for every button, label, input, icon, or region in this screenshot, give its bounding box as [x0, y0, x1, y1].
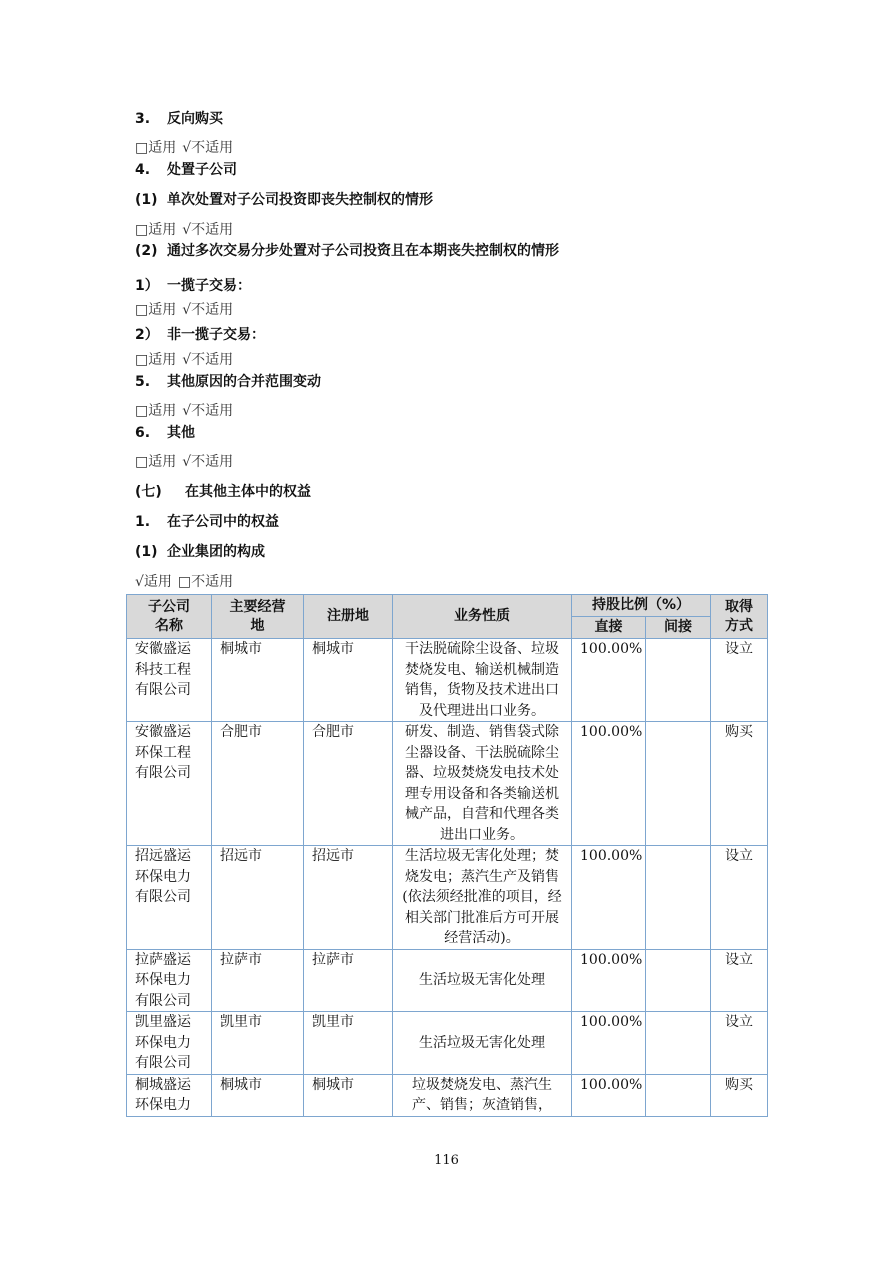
cell-how: 购买 [711, 1074, 768, 1116]
cell-direct: 100.00% [572, 949, 646, 1012]
option-line: □适用√不适用 [135, 221, 239, 239]
cell-how: 设立 [711, 846, 768, 950]
header-direct: 直接 [572, 617, 646, 639]
cell-indirect [646, 846, 711, 950]
cell-indirect [646, 1074, 711, 1116]
header-business-nature: 业务性质 [393, 595, 572, 639]
cell-name: 凯里盛运环保电力有限公司 [127, 1012, 212, 1075]
page-number: 116 [0, 1153, 893, 1168]
cell-biz: 生活垃圾无害化处理 [393, 1012, 572, 1075]
heading-dispose-subsidiary: 4.处置子公司 [135, 161, 237, 179]
cell-place: 合肥市 [212, 722, 304, 846]
cell-biz: 生活垃圾无害化处理 [393, 949, 572, 1012]
option-line: √适用□不适用 [135, 573, 239, 591]
heading-interests-in-other-entities: (七)在其他主体中的权益 [135, 483, 311, 501]
cell-name: 招远盛运环保电力有限公司 [127, 846, 212, 950]
cell-indirect [646, 949, 711, 1012]
table-header-row: 子公司 名称 主要经营 地 注册地 业务性质 持股比例（%） 取得 方式 [127, 595, 768, 617]
cell-direct: 100.00% [572, 1074, 646, 1116]
cell-direct: 100.00% [572, 722, 646, 846]
heading-reverse-purchase: 3.反向购买 [135, 110, 223, 128]
cell-name: 安徽盛运科技工程有限公司 [127, 639, 212, 722]
heading-other-scope-change: 5.其他原因的合并范围变动 [135, 373, 321, 391]
cell-place: 拉萨市 [212, 949, 304, 1012]
cell-indirect [646, 639, 711, 722]
header-shareholding: 持股比例（%） [572, 595, 711, 617]
table-row: 安徽盛运环保工程有限公司 合肥市 合肥市 研发、制造、销售袋式除尘器设备、干法脱… [127, 722, 768, 846]
subsidiary-table: 子公司 名称 主要经营 地 注册地 业务性质 持股比例（%） 取得 方式 直接 … [126, 594, 768, 1117]
cell-reg: 桐城市 [304, 639, 393, 722]
cell-name: 拉萨盛运环保电力有限公司 [127, 949, 212, 1012]
cell-reg: 凯里市 [304, 1012, 393, 1075]
cell-place: 招远市 [212, 846, 304, 950]
header-acquisition-method: 取得 方式 [711, 595, 768, 639]
heading-package-deal: 1）一揽子交易： [135, 277, 251, 295]
option-line: □适用√不适用 [135, 453, 239, 471]
option-line: □适用√不适用 [135, 351, 239, 369]
cell-how: 购买 [711, 722, 768, 846]
table-row: 招远盛运环保电力有限公司 招远市 招远市 生活垃圾无害化处理；焚烧发电；蒸汽生产… [127, 846, 768, 950]
table-row: 桐城盛运环保电力 桐城市 桐城市 垃圾焚烧发电、蒸汽生产、销售；灰渣销售， 10… [127, 1074, 768, 1116]
heading-interests-in-subsidiaries: 1.在子公司中的权益 [135, 513, 279, 531]
cell-reg: 桐城市 [304, 1074, 393, 1116]
cell-direct: 100.00% [572, 1012, 646, 1075]
table-row: 凯里盛运环保电力有限公司 凯里市 凯里市 生活垃圾无害化处理 100.00% 设… [127, 1012, 768, 1075]
option-line: □适用√不适用 [135, 301, 239, 319]
table-row: 拉萨盛运环保电力有限公司 拉萨市 拉萨市 生活垃圾无害化处理 100.00% 设… [127, 949, 768, 1012]
cell-indirect [646, 1012, 711, 1075]
table-row: 安徽盛运科技工程有限公司 桐城市 桐城市 干法脱硫除尘设备、垃圾焚烧发电、输送机… [127, 639, 768, 722]
cell-biz: 研发、制造、销售袋式除尘器设备、干法脱硫除尘器、垃圾焚烧发电技术处理专用设备和各… [393, 722, 572, 846]
cell-reg: 招远市 [304, 846, 393, 950]
cell-how: 设立 [711, 1012, 768, 1075]
cell-biz: 生活垃圾无害化处理；焚烧发电；蒸汽生产及销售(依法须经批准的项目，经相关部门批准… [393, 846, 572, 950]
cell-name: 桐城盛运环保电力 [127, 1074, 212, 1116]
cell-direct: 100.00% [572, 846, 646, 950]
document-page: 3.反向购买 □适用√不适用 4.处置子公司 (1)单次处置对子公司投资即丧失控… [0, 0, 893, 1262]
cell-biz: 垃圾焚烧发电、蒸汽生产、销售；灰渣销售， [393, 1074, 572, 1116]
cell-reg: 合肥市 [304, 722, 393, 846]
heading-multi-step-disposal: (2)通过多次交易分步处置对子公司投资且在本期丧失控制权的情形 [135, 242, 559, 260]
cell-place: 桐城市 [212, 1074, 304, 1116]
cell-how: 设立 [711, 639, 768, 722]
cell-name: 安徽盛运环保工程有限公司 [127, 722, 212, 846]
cell-direct: 100.00% [572, 639, 646, 722]
header-registered-place: 注册地 [304, 595, 393, 639]
cell-place: 凯里市 [212, 1012, 304, 1075]
option-line: □适用√不适用 [135, 402, 239, 420]
header-main-place: 主要经营 地 [212, 595, 304, 639]
cell-indirect [646, 722, 711, 846]
heading-non-package-deal: 2）非一揽子交易： [135, 326, 265, 344]
cell-biz: 干法脱硫除尘设备、垃圾焚烧发电、输送机械制造销售，货物及技术进出口及代理进出口业… [393, 639, 572, 722]
cell-how: 设立 [711, 949, 768, 1012]
header-indirect: 间接 [646, 617, 711, 639]
cell-place: 桐城市 [212, 639, 304, 722]
heading-single-disposal: (1)单次处置对子公司投资即丧失控制权的情形 [135, 191, 433, 209]
heading-other: 6.其他 [135, 424, 195, 442]
cell-reg: 拉萨市 [304, 949, 393, 1012]
option-line: □适用√不适用 [135, 139, 239, 157]
heading-group-composition: (1)企业集团的构成 [135, 543, 265, 561]
header-name: 子公司 名称 [127, 595, 212, 639]
